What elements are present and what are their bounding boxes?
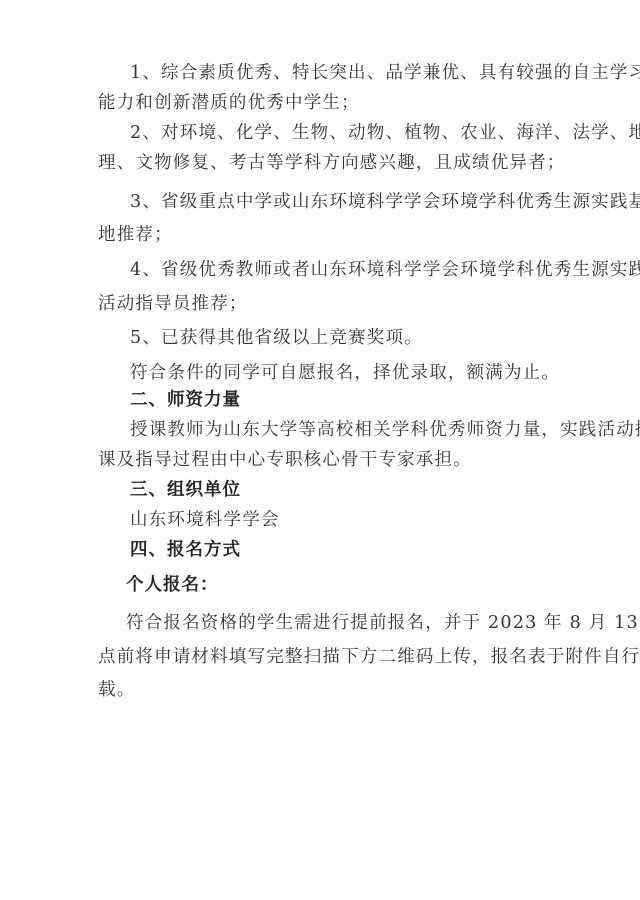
requirement-5-number: 5、 — [130, 328, 161, 348]
requirement-2-number: 2、 — [130, 123, 161, 143]
requirement-3-text: 省级重点中学或山东环境科学学会环境学科优秀生源实践基 — [161, 192, 640, 212]
requirement-1-line-1: 1、综合素质优秀、特长突出、品学兼优、具有较强的自主学习 — [130, 62, 558, 84]
selection-note: 符合条件的同学可自愿报名，择优录取，额满为止。 — [130, 362, 590, 384]
section-4-line-2: 点前将申请材料填写完整扫描下方二维码上传，报名表于附件自行下 — [98, 646, 558, 668]
section-4-subheading: 个人报名： — [126, 574, 586, 596]
requirement-3-number: 3、 — [130, 192, 161, 212]
requirement-3-line-1: 3、省级重点中学或山东环境科学学会环境学科优秀生源实践基 — [130, 191, 558, 213]
section-3-body: 山东环境科学学会 — [130, 509, 590, 531]
section-2-heading: 二、师资力量 — [130, 389, 590, 411]
section-4-line-1: 符合报名资格的学生需进行提前报名，并于 2023 年 8 月 13 日 16 — [126, 612, 558, 634]
requirement-3-line-2: 地推荐； — [98, 224, 558, 246]
section-2-line-1: 授课教师为山东大学等高校相关学科优秀师资力量，实践活动授 — [130, 419, 558, 441]
requirement-1-text: 综合素质优秀、特长突出、品学兼优、具有较强的自主学习 — [161, 63, 640, 83]
requirement-1-line-2: 能力和创新潜质的优秀中学生； — [98, 92, 558, 114]
section-3-heading: 三、组织单位 — [130, 479, 590, 501]
section-2-line-2: 课及指导过程由中心专职核心骨干专家承担。 — [98, 449, 558, 471]
requirement-4-line-2: 活动指导员推荐； — [98, 293, 558, 315]
requirement-1-number: 1、 — [130, 63, 161, 83]
requirement-2-line-1: 2、对环境、化学、生物、动物、植物、农业、海洋、法学、地 — [130, 122, 558, 144]
document-page: 1、综合素质优秀、特长突出、品学兼优、具有较强的自主学习 能力和创新潜质的优秀中… — [0, 0, 640, 900]
requirement-5-line-1: 5、已获得其他省级以上竞赛奖项。 — [130, 327, 590, 349]
requirement-5-text: 已获得其他省级以上竞赛奖项。 — [161, 328, 423, 348]
requirement-4-text: 省级优秀教师或者山东环境科学学会环境学科优秀生源实践 — [161, 260, 640, 280]
requirement-2-line-2: 理、文物修复、考古等学科方向感兴趣，且成绩优异者； — [98, 152, 558, 174]
requirement-4-number: 4、 — [130, 260, 161, 280]
section-4-line-3: 载。 — [98, 679, 558, 701]
requirement-4-line-1: 4、省级优秀教师或者山东环境科学学会环境学科优秀生源实践 — [130, 259, 558, 281]
section-4-heading: 四、报名方式 — [130, 539, 590, 561]
requirement-2-text: 对环境、化学、生物、动物、植物、农业、海洋、法学、地 — [161, 123, 640, 143]
